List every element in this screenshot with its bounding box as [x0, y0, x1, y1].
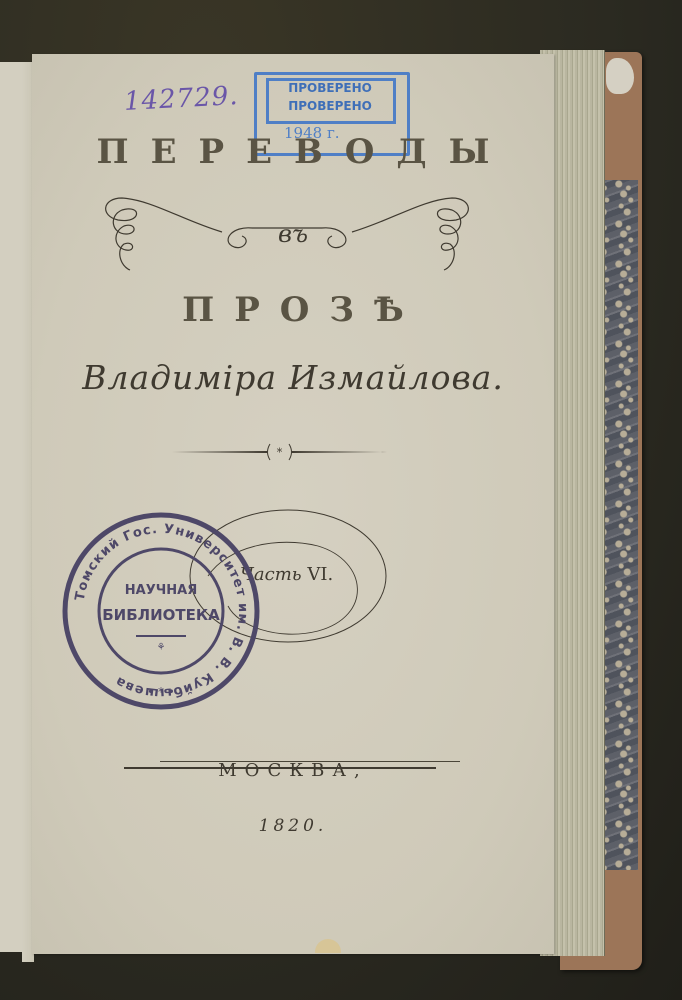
- inspection-stamp-text-2: ПРОВЕРЕНО: [268, 99, 392, 113]
- title-page: 142729. ПРОВЕРЕНО ПРОВЕРЕНО 1948 г. ПЕРЕ…: [32, 54, 554, 954]
- imprint-city: МОСКВА,: [32, 760, 554, 781]
- svg-text:• * •: • * •: [147, 685, 175, 699]
- title-preposition: въ: [32, 220, 554, 248]
- svg-text:НАУЧНАЯ: НАУЧНАЯ: [125, 583, 197, 598]
- author-name: Владиміра Измайлова.: [32, 358, 554, 397]
- svg-text:БИБЛИОТЕКА: БИБЛИОТЕКА: [102, 606, 220, 624]
- inspection-stamp-text: ПРОВЕРЕНО: [268, 81, 392, 95]
- shelfmark-number: 142729.: [123, 81, 239, 117]
- part-number: VI.: [307, 564, 333, 585]
- asterisk-rule-icon: *: [172, 442, 387, 462]
- cover-tear: [606, 58, 634, 94]
- svg-text:⚘: ⚘: [157, 642, 166, 653]
- title-main: ПЕРЕВОДЫ: [32, 132, 554, 172]
- imprint-year: 1820.: [32, 816, 554, 836]
- library-seal-icon: Томский Гос. Университет им. В. В. Куйбы…: [60, 510, 262, 712]
- title-continued: ПРОЗѢ: [32, 290, 554, 330]
- svg-text:*: *: [277, 446, 283, 459]
- paper-stain: [315, 939, 341, 953]
